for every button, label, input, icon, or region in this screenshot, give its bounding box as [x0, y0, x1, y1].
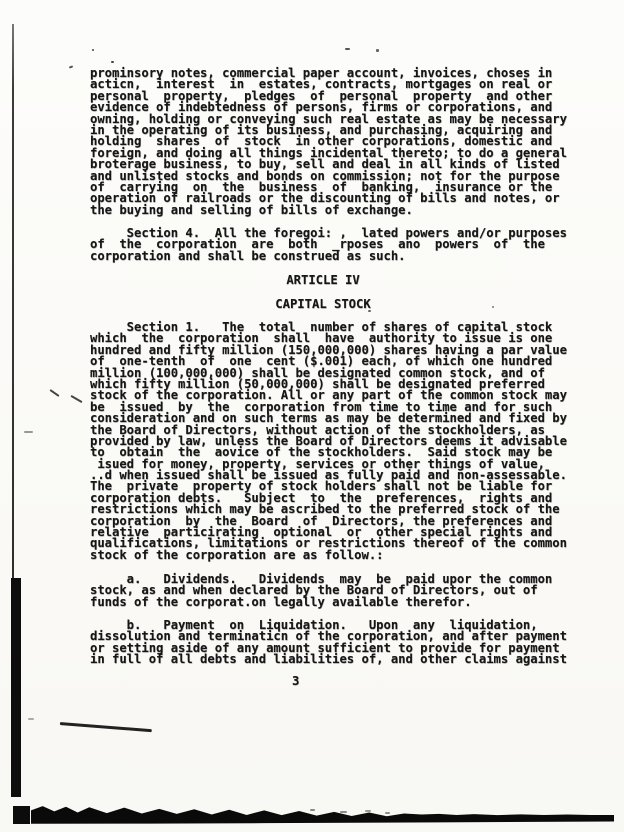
- page-number: 3: [292, 674, 299, 688]
- scanned-document-page: prominsory notes, commercial paper accou…: [0, 0, 624, 832]
- text-line: funds of the corporat.on legally availab…: [90, 597, 552, 608]
- text-line: in full of all debts and liabilities of,…: [90, 654, 567, 665]
- dividends-item: a. Dividends. Dividends may be paid upor…: [90, 574, 552, 608]
- capital-stock-heading: CAPITAL STOCK: [90, 299, 556, 310]
- liquidation-item: b. Payment on Liquidation. Upon any liqu…: [90, 620, 567, 666]
- continuation-paragraph: prominsory notes, commercial paper accou…: [90, 68, 567, 216]
- article-iv-heading: ARTICLE IV: [90, 275, 556, 286]
- text-line: corporation and shall be construed as su…: [90, 251, 567, 262]
- section-1-paragraph: Section 1. The total number of shares of…: [90, 322, 567, 561]
- document-text: prominsory notes, commercial paper accou…: [0, 0, 624, 832]
- text-line: stock of the corporation are as follow.:: [90, 550, 567, 561]
- section-4-paragraph: Section 4. All the foregoi: , lated powe…: [90, 228, 567, 262]
- text-line: the buying and selling of bills of excha…: [90, 205, 567, 216]
